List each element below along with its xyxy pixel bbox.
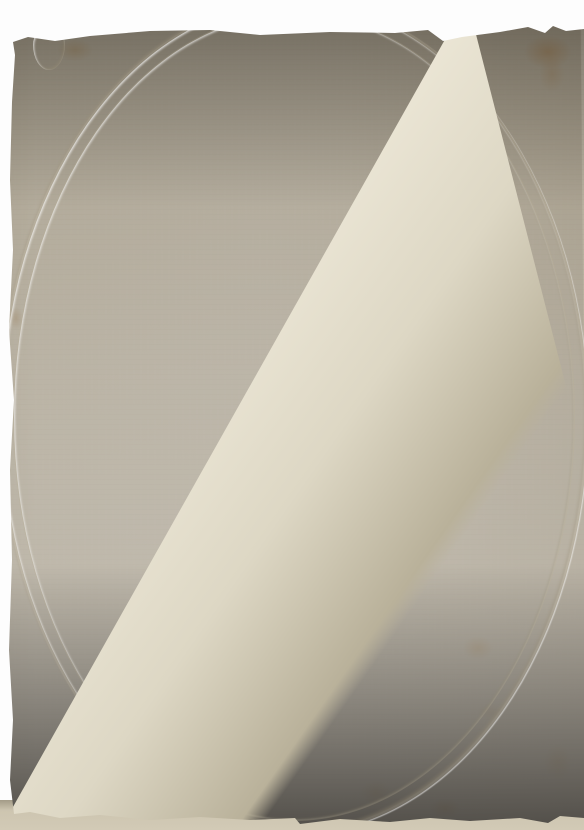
document-page: Rafael Lozano El Jefe de la ronda Los do…	[0, 0, 584, 830]
document-scan: Rafael Lozano El Jefe de la ronda Los do…	[0, 0, 584, 830]
paper-specks	[0, 0, 584, 830]
